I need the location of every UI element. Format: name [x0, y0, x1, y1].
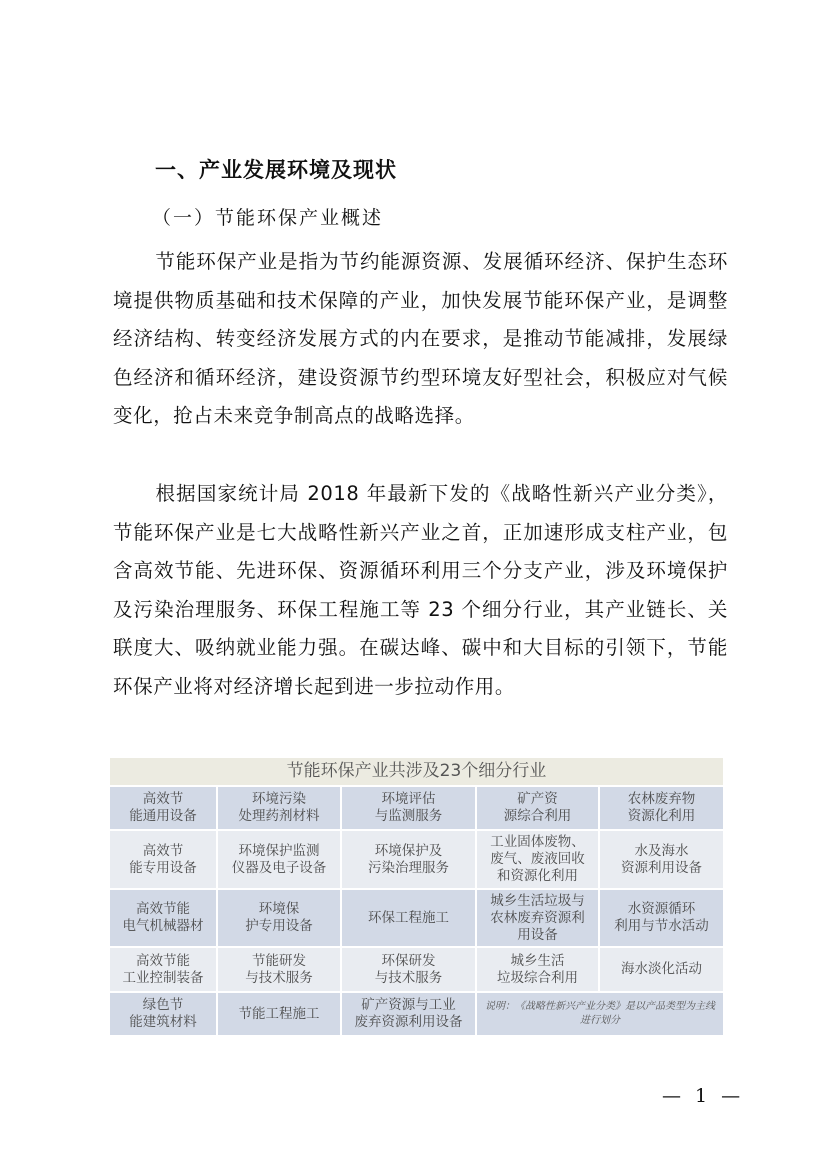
grid-cell: 高效节能 电气机械器材: [110, 890, 216, 946]
paragraph-text: 节能环保产业是指为节约能源资源、发展循环经济、保护生态环境提供物质基础和技术保障…: [113, 250, 728, 427]
grid-cell: 高效节 能通用设备: [110, 787, 216, 829]
grid-cell: 环保工程施工: [342, 890, 475, 946]
grid-cell: 海水淡化活动: [600, 948, 723, 991]
paragraph-overview: 节能环保产业是指为节约能源资源、发展循环经济、保护生态环境提供物质基础和技术保障…: [113, 243, 728, 436]
grid-cell: 环境保护监测 仪器及电子设备: [218, 831, 340, 888]
section-heading: 一、产业发展环境及现状: [155, 154, 397, 184]
grid-cell: 绿色节 能建筑材料: [110, 993, 216, 1035]
grid-cell: 矿产资 源综合利用: [477, 787, 598, 829]
grid-cell: 城乡生活 垃圾综合利用: [477, 948, 598, 991]
grid-cell: 高效节 能专用设备: [110, 831, 216, 888]
paragraph-classification: 根据国家统计局 2018 年最新下发的《战略性新兴产业分类》，节能环保产业是七大…: [113, 475, 728, 707]
grid-cell: 高效节能 工业控制装备: [110, 948, 216, 991]
grid-cell: 节能研发 与技术服务: [218, 948, 340, 991]
grid-cell: 环保研发 与技术服务: [342, 948, 475, 991]
figure-note: 说明：《战略性新兴产业分类》是以产品类型为主线进行划分: [477, 993, 723, 1035]
grid-cell: 水及海水 资源利用设备: [600, 831, 723, 888]
grid-cell: 节能工程施工: [218, 993, 340, 1035]
grid-cell: 矿产资源与工业 废弃资源利用设备: [342, 993, 475, 1035]
grid-cell: 工业固体废物、 废气、废液回收 和资源化利用: [477, 831, 598, 888]
grid-cell: 环境保护及 污染治理服务: [342, 831, 475, 888]
grid-cell: 水资源循环 利用与节水活动: [600, 890, 723, 946]
grid-cell: 农林废弃物 资源化利用: [600, 787, 723, 829]
grid-cell: 环境评估 与监测服务: [342, 787, 475, 829]
grid-cell: 城乡生活垃圾与 农林废弃资源利 用设备: [477, 890, 598, 946]
industry-figure: 节能环保产业共涉及23个细分行业 高效节 能通用设备 环境污染 处理药剂材料 环…: [110, 758, 723, 1035]
page-number: — 1 —: [662, 1085, 744, 1107]
grid-cell: 环境污染 处理药剂材料: [218, 787, 340, 829]
industry-grid: 高效节 能通用设备 环境污染 处理药剂材料 环境评估 与监测服务 矿产资 源综合…: [110, 787, 723, 1035]
grid-cell: 环境保 护专用设备: [218, 890, 340, 946]
figure-title: 节能环保产业共涉及23个细分行业: [110, 758, 723, 785]
paragraph-text: 根据国家统计局 2018 年最新下发的《战略性新兴产业分类》，节能环保产业是七大…: [113, 482, 728, 698]
subsection-heading: （一）节能环保产业概述: [152, 203, 383, 230]
